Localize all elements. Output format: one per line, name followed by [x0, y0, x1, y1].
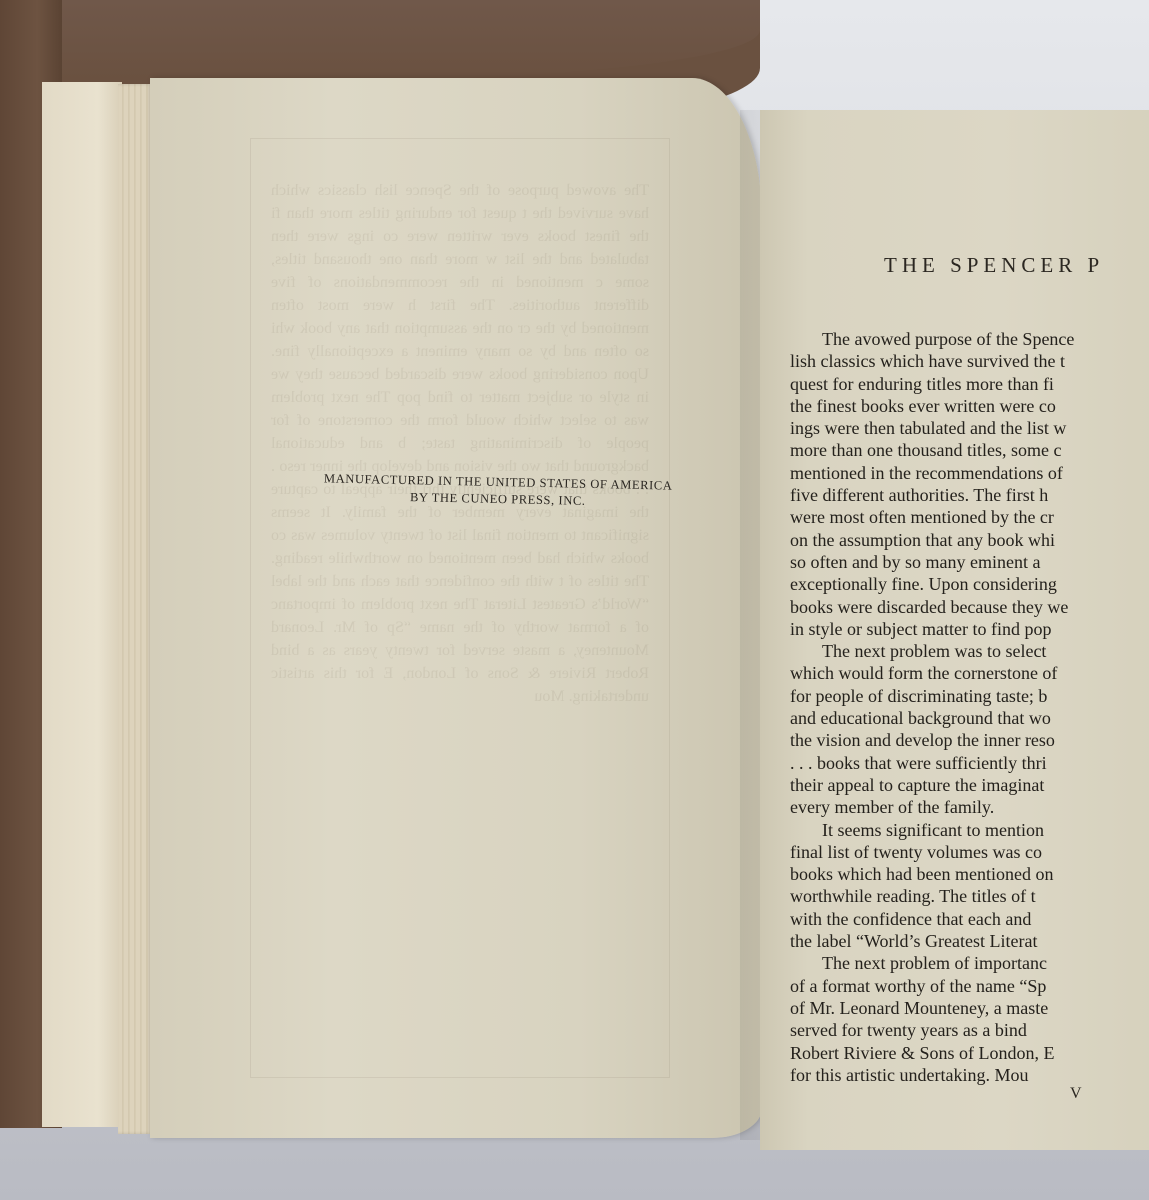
running-head: THE SPENCER P: [884, 253, 1104, 278]
text-line: the finest books ever written were co: [790, 395, 1149, 417]
text-line: It seems significant to mention: [790, 819, 1149, 841]
text-line: mentioned in the recommendations of: [790, 462, 1149, 484]
right-page: THE SPENCER P The avowed purpose of the …: [760, 110, 1149, 1150]
text-line: worthwhile reading. The titles of t: [790, 885, 1149, 907]
text-line: The next problem of importanc: [790, 952, 1149, 974]
text-line: in style or subject matter to find pop: [790, 618, 1149, 640]
text-line: the vision and develop the inner reso: [790, 729, 1149, 751]
text-line: more than one thousand titles, some c: [790, 439, 1149, 461]
text-line: final list of twenty volumes was co: [790, 841, 1149, 863]
text-line: for this artistic undertaking. Mou: [790, 1064, 1149, 1086]
left-page: The avowed purpose of the Spence lish cl…: [150, 78, 762, 1138]
text-line: their appeal to capture the imaginat: [790, 774, 1149, 796]
text-line: were most often mentioned by the cr: [790, 506, 1149, 528]
text-line: served for twenty years as a bind: [790, 1019, 1149, 1041]
text-line: of a format worthy of the name “Sp: [790, 975, 1149, 997]
body-text: The avowed purpose of the Spencelish cla…: [790, 328, 1149, 1086]
text-line: The next problem was to select: [790, 640, 1149, 662]
text-line: books were discarded because they we: [790, 596, 1149, 618]
text-line: on the assumption that any book whi: [790, 529, 1149, 551]
text-line: lish classics which have survived the t: [790, 350, 1149, 372]
text-line: so often and by so many eminent a: [790, 551, 1149, 573]
text-line: exceptionally fine. Upon considering: [790, 573, 1149, 595]
text-line: five different authorities. The first h: [790, 484, 1149, 506]
page-number: V: [1070, 1085, 1082, 1103]
text-line: every member of the family.: [790, 796, 1149, 818]
text-line: The avowed purpose of the Spence: [790, 328, 1149, 350]
text-line: the label “World’s Greatest Literat: [790, 930, 1149, 952]
text-line: which would form the cornerstone of: [790, 662, 1149, 684]
text-line: of Mr. Leonard Mounteney, a maste: [790, 997, 1149, 1019]
text-line: Robert Riviere & Sons of London, E: [790, 1042, 1149, 1064]
endpaper: [42, 82, 122, 1127]
text-line: with the confidence that each and: [790, 908, 1149, 930]
text-line: . . . books that were sufficiently thri: [790, 752, 1149, 774]
text-line: ings were then tabulated and the list w: [790, 417, 1149, 439]
show-through-text: The avowed purpose of the Spence lish cl…: [250, 138, 670, 1078]
text-line: books which had been mentioned on: [790, 863, 1149, 885]
page-edges: [118, 84, 152, 1134]
text-line: quest for enduring titles more than fi: [790, 373, 1149, 395]
text-line: for people of discriminating taste; b: [790, 685, 1149, 707]
text-line: and educational background that wo: [790, 707, 1149, 729]
